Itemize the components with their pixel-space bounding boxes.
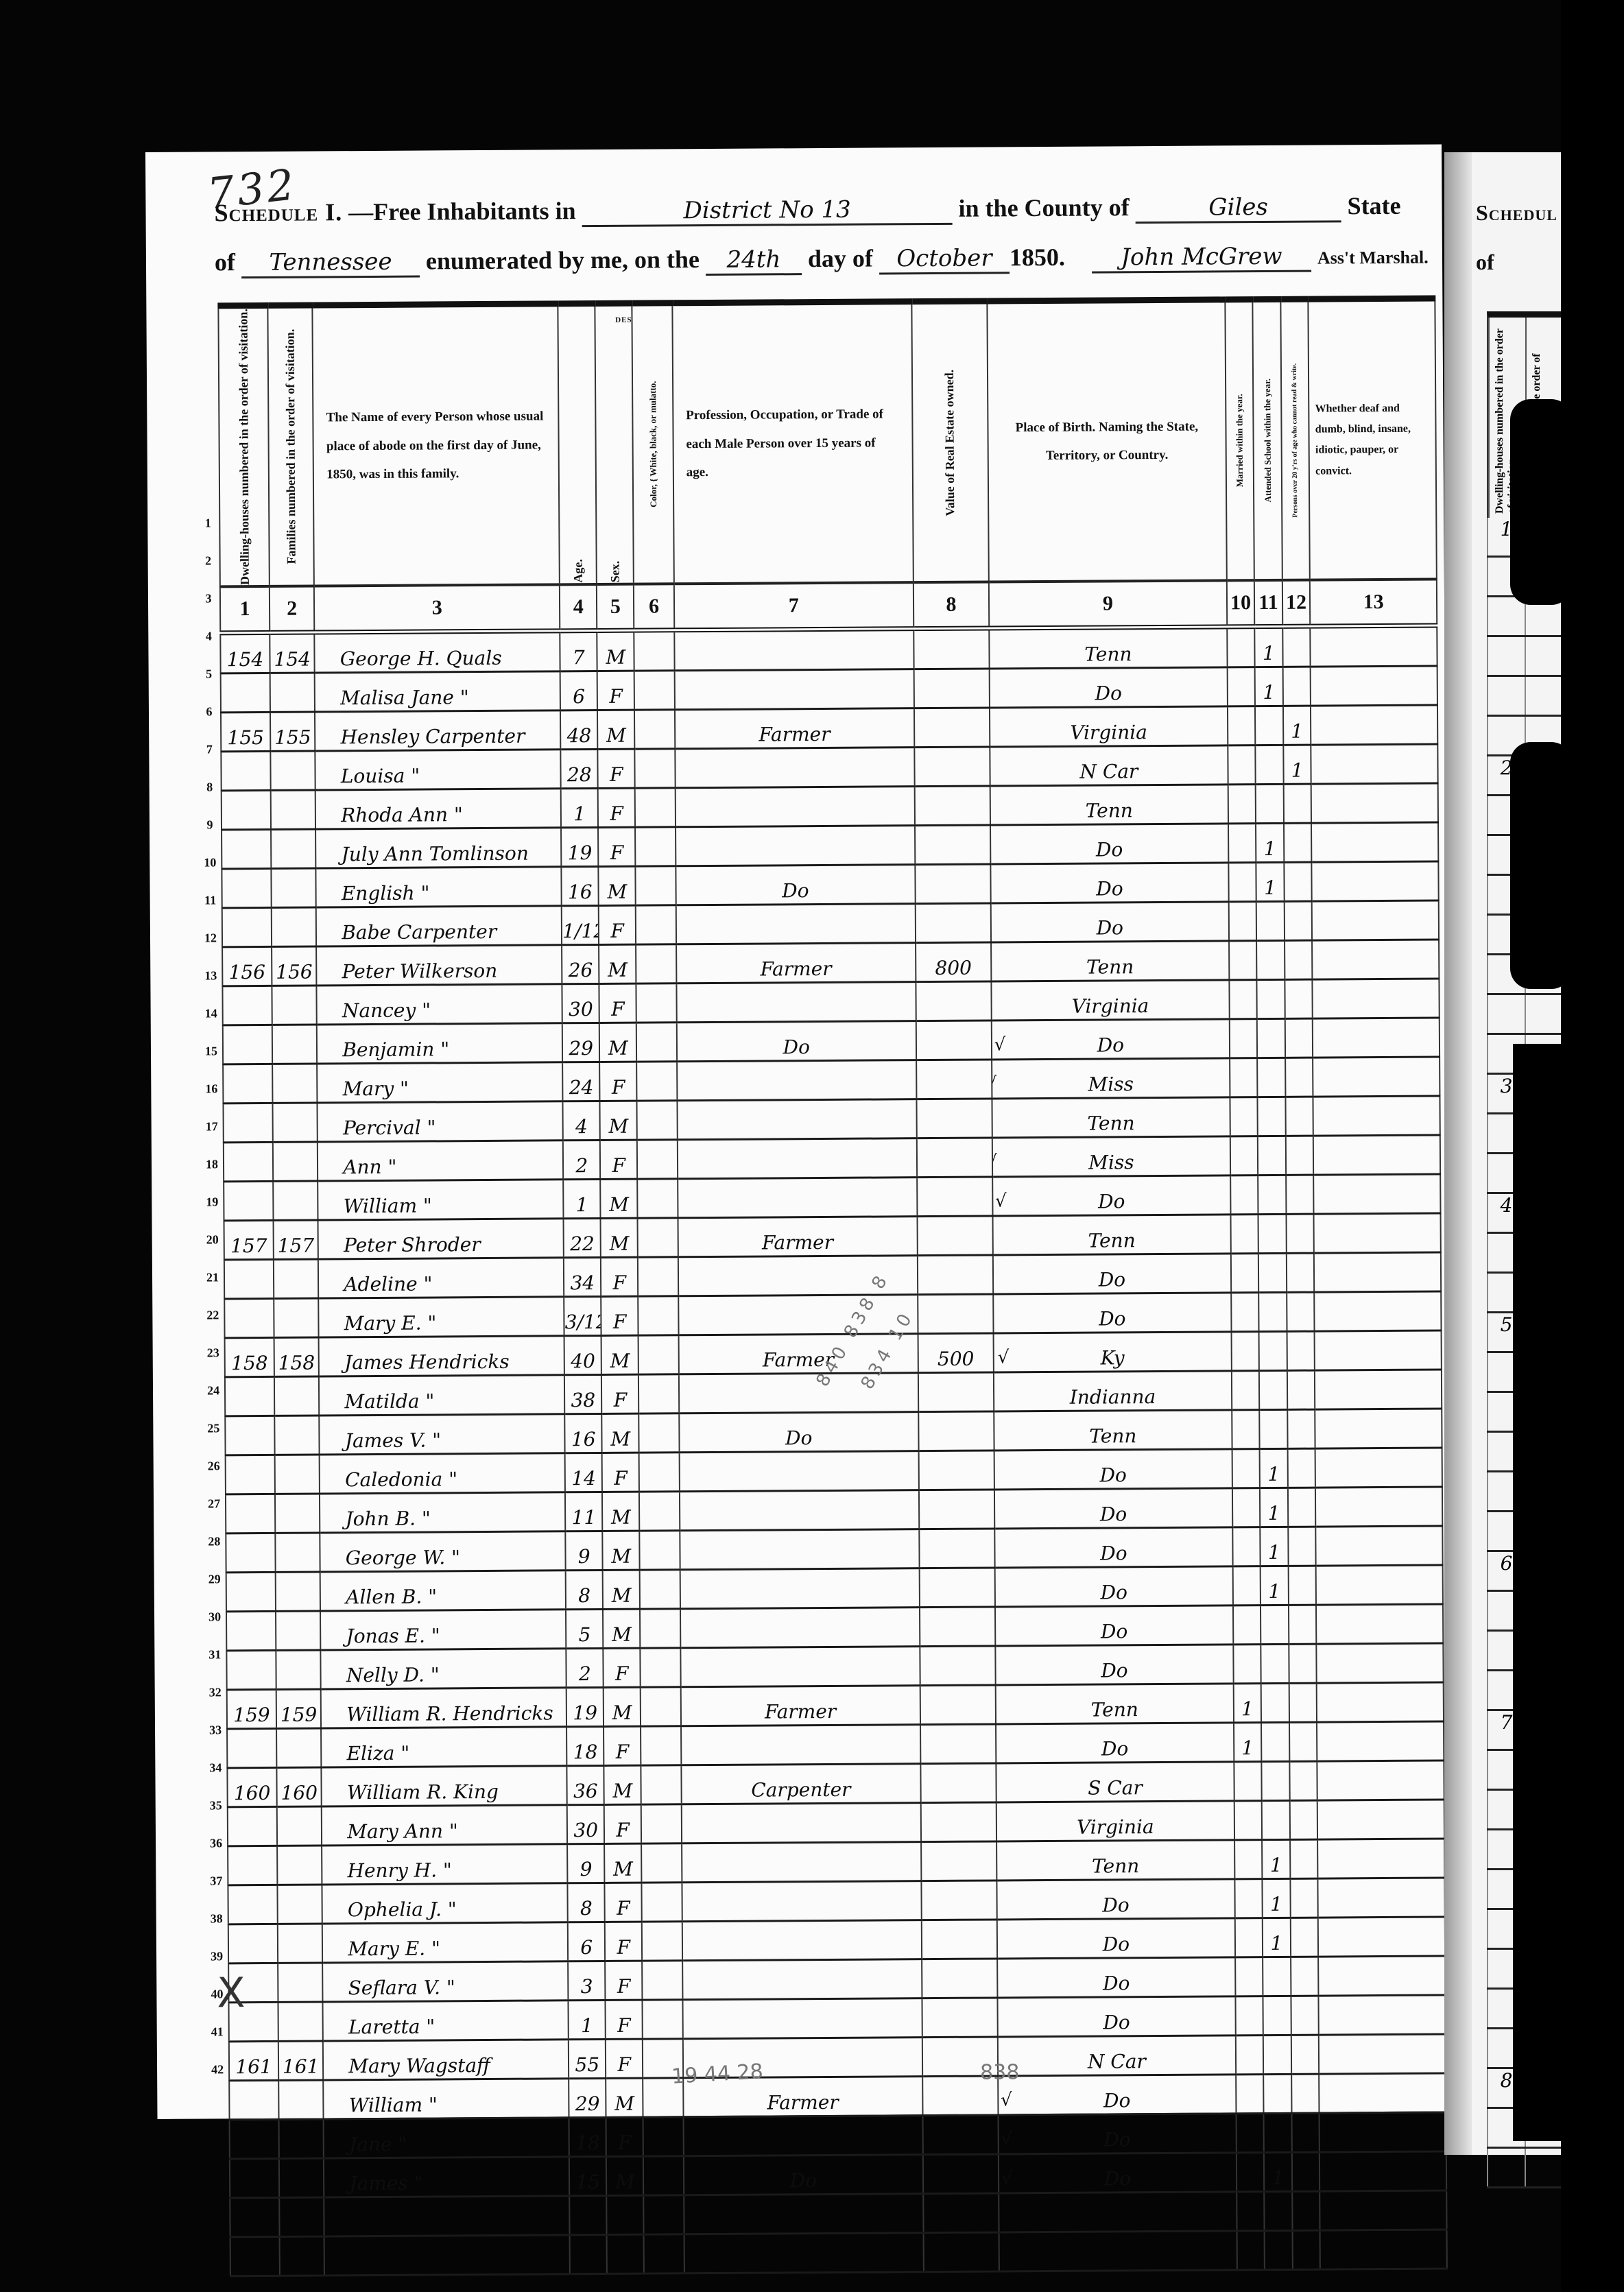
school-mark — [1261, 1644, 1289, 1683]
person-name: Malisa Jane " — [315, 671, 560, 712]
illiterate-mark — [1289, 1683, 1317, 1722]
birthplace: √S Car — [996, 1762, 1234, 1802]
condition — [1315, 1409, 1442, 1448]
color — [642, 1883, 682, 1922]
illiterate-mark — [1287, 1370, 1315, 1409]
married-mark: 1 — [1234, 1722, 1262, 1761]
illiterate-mark — [1292, 2191, 1320, 2230]
condition — [1316, 1526, 1443, 1566]
col-header-real-estate: Value of Real Estate owned. — [911, 301, 989, 582]
adjacent-page-fragment: Schedul of Dwelling-houses numbered in t… — [1444, 152, 1561, 2155]
occupation — [682, 1920, 922, 1960]
check-mark-icon: √ — [1001, 2090, 1012, 2110]
description-group-label: DESCRIPTION. — [596, 315, 634, 324]
person-name: George W. " — [320, 1531, 566, 1572]
illiterate-mark — [1290, 1878, 1318, 1918]
condition — [1318, 1878, 1445, 1918]
person-name: Mary E. " — [322, 1922, 568, 1963]
school-mark — [1259, 1370, 1287, 1409]
person-name: Mary Ann " — [322, 1805, 567, 1846]
dwelling-number — [227, 1728, 276, 1767]
dwelling-number — [226, 1572, 276, 1611]
col-num: 3 — [314, 584, 560, 632]
person-name: William R. King — [322, 1766, 567, 1806]
illiterate-mark — [1290, 1839, 1318, 1878]
occupation — [684, 2193, 923, 2234]
school-mark — [1256, 901, 1285, 940]
birthplace: √Virginia — [991, 980, 1229, 1020]
age: 3 — [568, 1961, 605, 2000]
dwelling-number — [223, 1103, 272, 1142]
birthplace — [999, 2231, 1237, 2271]
col-header-illiterate: Persons over 20 y'rs of age who cannot r… — [1280, 299, 1310, 580]
condition — [1311, 822, 1438, 862]
col-header-family: Families numbered in the order of visita… — [267, 305, 314, 586]
family-number — [279, 2197, 324, 2236]
person-name: Henry H. " — [322, 1844, 567, 1885]
sex: M — [604, 1843, 641, 1883]
sex: M — [606, 2078, 643, 2117]
birthplace: √Ky — [994, 1332, 1232, 1372]
age — [570, 2234, 607, 2273]
condition — [1317, 1682, 1444, 1722]
condition — [1314, 1213, 1441, 1253]
line-number: 23 — [206, 1334, 220, 1372]
adjacent-family-number — [1525, 2149, 1562, 2186]
birthplace: Tenn — [992, 1097, 1230, 1138]
real-estate-value — [919, 1490, 995, 1529]
person-name: Caledonia " — [320, 1453, 565, 1494]
birthplace: √N Car — [998, 2036, 1236, 2076]
school-mark — [1264, 2191, 1292, 2230]
age: 18 — [569, 2117, 606, 2156]
real-estate-value — [920, 1685, 996, 1725]
line-number: 5 — [202, 655, 215, 693]
occupation — [680, 1490, 919, 1531]
real-estate-value — [914, 786, 990, 826]
school-mark: 1 — [1256, 862, 1285, 901]
birthplace: √Miss — [992, 1058, 1230, 1099]
age: 2 — [563, 1140, 600, 1179]
color — [636, 1062, 677, 1101]
sex: M — [597, 710, 634, 749]
age: 8 — [568, 1883, 605, 1922]
dwelling-number — [228, 1806, 277, 1846]
family-number — [278, 1963, 323, 2002]
line-number: 41 — [211, 2013, 224, 2051]
school-mark: 1 — [1262, 1839, 1290, 1878]
married-mark — [1234, 1761, 1262, 1800]
dwelling-number — [230, 2197, 279, 2236]
person-name: James " — [324, 2157, 569, 2197]
dwelling-number: 160 — [227, 1767, 276, 1806]
age: 3/12 — [564, 1296, 601, 1335]
birthplace: √Do — [999, 2153, 1237, 2193]
sex — [606, 2195, 643, 2234]
birthplace: Do — [993, 1254, 1231, 1294]
schedule-title-line: Schedule I. —Free Inhabitants in Distric… — [214, 191, 1400, 230]
person-name: Peter Shroder — [318, 1219, 564, 1259]
column-number-row: 1 2 3 4 5 6 7 8 9 10 11 12 13 — [220, 579, 1437, 632]
school-mark: 1 — [1256, 823, 1284, 862]
married-mark — [1228, 823, 1256, 862]
illiterate-mark — [1285, 979, 1313, 1018]
occupation — [675, 748, 914, 788]
sex: F — [605, 1922, 642, 1961]
occupation — [684, 2232, 923, 2273]
married-mark — [1229, 979, 1257, 1018]
age: 29 — [569, 2078, 606, 2117]
married-mark — [1232, 1488, 1261, 1527]
person-name: Babe Carpenter — [316, 906, 562, 946]
person-name: William " — [318, 1180, 563, 1220]
sex: F — [599, 905, 636, 944]
occupation — [682, 1802, 921, 1843]
occupation — [680, 1608, 920, 1648]
color — [641, 1804, 682, 1843]
occupation — [676, 904, 916, 944]
line-number: 3 — [202, 580, 215, 617]
sex: M — [601, 1218, 638, 1257]
married-mark — [1236, 2035, 1264, 2074]
school-mark — [1259, 1409, 1287, 1448]
birthplace: √Virginia — [996, 1801, 1234, 1841]
sex: F — [601, 1296, 638, 1335]
illiterate-mark — [1291, 2074, 1319, 2113]
birthplace: Do — [996, 1723, 1234, 1763]
condition — [1312, 861, 1439, 901]
illiterate-mark — [1283, 784, 1311, 823]
sex: M — [599, 1023, 636, 1062]
line-number: 13 — [204, 957, 217, 994]
sex: M — [599, 866, 636, 905]
occupation — [680, 1529, 919, 1570]
day-of-label: day of — [808, 245, 873, 273]
sex: M — [604, 1687, 641, 1726]
person-name: Allen B. " — [320, 1571, 566, 1611]
occupation: Do — [679, 1412, 918, 1453]
sex: M — [604, 1765, 641, 1804]
person-name: Jonas E. " — [320, 1610, 566, 1650]
occupation: Do — [684, 2154, 923, 2195]
color — [641, 1726, 681, 1765]
occupation: Farmer — [675, 708, 914, 749]
occupation — [682, 1959, 922, 1999]
occupation — [674, 669, 914, 710]
family-number: 154 — [270, 632, 315, 673]
family-number: 161 — [278, 2041, 324, 2080]
person-name: John B. " — [320, 1492, 565, 1533]
line-number: 28 — [207, 1523, 221, 1560]
dwelling-number: 157 — [224, 1220, 274, 1259]
real-estate-value — [919, 1529, 995, 1568]
sex: M — [603, 1570, 640, 1609]
real-estate-value — [922, 1998, 998, 2038]
married-mark — [1232, 1566, 1261, 1605]
col-num: 9 — [989, 580, 1227, 628]
age: 55 — [569, 2039, 606, 2078]
occupation — [676, 982, 916, 1023]
occupation — [682, 1998, 922, 2038]
birthplace: √Do — [998, 2075, 1236, 2115]
illiterate-mark — [1286, 1136, 1314, 1175]
family-number — [272, 1025, 318, 1064]
occupation — [683, 2115, 922, 2156]
sex: F — [601, 1374, 638, 1413]
line-number: 30 — [208, 1598, 222, 1636]
occupation: Do — [676, 865, 915, 905]
married-mark — [1232, 1409, 1260, 1448]
illiterate-mark — [1287, 1448, 1315, 1488]
dwelling-number: 158 — [225, 1337, 274, 1376]
line-number: 8 — [202, 768, 216, 806]
age: 16 — [564, 1413, 601, 1453]
col-num: 2 — [270, 586, 315, 632]
married-mark — [1235, 1996, 1263, 2035]
family-number — [276, 1650, 321, 1689]
line-number: 9 — [203, 806, 217, 844]
family-number: 158 — [274, 1337, 320, 1376]
col-header-occupation: Profession, Occupation, or Trade of each… — [672, 302, 913, 584]
condition — [1318, 1917, 1445, 1957]
month-field: October — [879, 244, 1010, 274]
dwelling-number: 161 — [229, 2041, 278, 2080]
col-num: 12 — [1282, 580, 1311, 626]
real-estate-value — [915, 864, 991, 904]
adjacent-schedule-title: Schedul — [1476, 200, 1557, 226]
illiterate-mark: 1 — [1283, 706, 1311, 745]
married-mark — [1231, 1292, 1259, 1331]
condition — [1317, 1839, 1444, 1878]
occupation: Carpenter — [681, 1763, 920, 1804]
condition — [1311, 705, 1437, 745]
birthplace: √Do — [992, 1019, 1230, 1060]
age: 22 — [564, 1218, 601, 1257]
family-number — [277, 1846, 322, 1885]
family-number — [279, 2119, 324, 2158]
birthplace: Tenn — [991, 941, 1229, 981]
dwelling-number — [223, 1064, 272, 1103]
age: 36 — [567, 1765, 604, 1804]
occupation — [682, 1841, 921, 1882]
occupation — [680, 1647, 920, 1687]
line-number: 4 — [202, 617, 215, 655]
family-number — [275, 1533, 320, 1572]
condition — [1313, 1018, 1440, 1058]
school-mark — [1257, 1018, 1285, 1058]
col-header-name: The Name of every Person whose usual pla… — [313, 304, 560, 586]
real-estate-value — [917, 1138, 993, 1178]
real-estate-value — [918, 1294, 994, 1334]
col-num: 4 — [560, 584, 597, 631]
school-mark: 1 — [1261, 1527, 1289, 1566]
occupation: Farmer — [678, 1217, 917, 1257]
line-number: 31 — [208, 1636, 222, 1673]
real-estate-value — [920, 1724, 996, 1764]
illiterate-mark — [1291, 1957, 1319, 1996]
col-num: 11 — [1254, 580, 1282, 627]
married-mark — [1231, 1253, 1259, 1292]
real-estate-value — [916, 1060, 992, 1099]
birthplace: Tenn — [993, 1215, 1231, 1255]
col-header-sex: DESCRIPTION. Sex. — [595, 303, 634, 584]
condition — [1311, 783, 1438, 823]
age: 6 — [568, 1922, 605, 1961]
color — [638, 1335, 679, 1374]
person-name: Seflara V. " — [322, 1961, 568, 2002]
family-number — [276, 1572, 321, 1611]
person-name: Adeline " — [318, 1258, 564, 1298]
real-estate-value — [915, 903, 991, 943]
school-mark — [1263, 1996, 1291, 2035]
state-field: Tennessee — [241, 248, 420, 279]
family-number — [279, 2158, 324, 2197]
real-estate-value — [918, 1372, 994, 1412]
sex: F — [597, 671, 634, 710]
birthplace: Do — [997, 1918, 1235, 1959]
married-mark — [1237, 2230, 1265, 2269]
family-number — [275, 1455, 320, 1494]
married-mark — [1228, 706, 1256, 745]
family-number — [270, 751, 315, 790]
person-name: James Hendricks — [319, 1336, 564, 1376]
age: 30 — [567, 1804, 604, 1843]
age: 6 — [560, 671, 597, 710]
condition — [1312, 900, 1439, 940]
illiterate-mark — [1289, 1605, 1317, 1644]
birthplace: Do — [990, 667, 1228, 708]
color — [637, 1140, 678, 1179]
school-mark — [1258, 1097, 1286, 1136]
sex: M — [606, 2156, 643, 2195]
birthplace: Tenn — [990, 785, 1228, 825]
birthplace: √Virginia — [990, 706, 1228, 747]
line-number: 42 — [211, 2051, 224, 2088]
real-estate-value: 800 — [916, 942, 992, 982]
condition — [1312, 940, 1439, 979]
birthplace: √N Car — [990, 745, 1228, 786]
sex: M — [603, 1531, 640, 1570]
condition — [1317, 1721, 1444, 1761]
school-mark: 1 — [1263, 1878, 1291, 1918]
married-mark — [1234, 1800, 1262, 1839]
person-name: William " — [323, 2079, 569, 2119]
census-table: Dwelling-houses numbered in the order of… — [217, 296, 1448, 2278]
illiterate-mark — [1282, 667, 1311, 706]
illiterate-mark — [1287, 1253, 1315, 1292]
real-estate-value — [920, 1607, 996, 1647]
sex: F — [598, 749, 635, 788]
adjacent-row — [1487, 2149, 1562, 2188]
real-estate-value — [920, 1802, 996, 1842]
color — [639, 1492, 680, 1531]
illiterate-mark — [1286, 1175, 1314, 1214]
dwelling-number — [226, 1494, 275, 1533]
condition — [1319, 2073, 1446, 2113]
col-num: 5 — [597, 584, 634, 631]
real-estate-value — [915, 825, 991, 865]
check-mark-icon: √ — [1001, 2168, 1013, 2188]
birthplace: √Do — [992, 1175, 1230, 1216]
family-number — [272, 986, 317, 1025]
sex: M — [600, 1179, 637, 1218]
dwelling-number — [225, 1416, 274, 1455]
married-mark — [1229, 1018, 1257, 1058]
married-mark — [1230, 1058, 1258, 1097]
married-mark — [1231, 1331, 1259, 1370]
family-number — [274, 1376, 320, 1416]
line-number: 34 — [208, 1749, 222, 1787]
school-mark: 1 — [1261, 1566, 1289, 1605]
illiterate-mark — [1287, 1292, 1315, 1331]
sex — [607, 2234, 644, 2273]
occupation — [676, 826, 915, 866]
condition — [1319, 2190, 1446, 2230]
condition — [1317, 1643, 1444, 1683]
dwelling-number: 156 — [222, 946, 272, 986]
col-num: 1 — [220, 586, 270, 633]
school-mark — [1262, 1761, 1290, 1800]
married-mark — [1230, 1097, 1258, 1136]
age: 18 — [566, 1726, 604, 1765]
condition — [1317, 1760, 1444, 1800]
married-mark — [1228, 862, 1256, 901]
condition — [1315, 1448, 1442, 1488]
occupation — [679, 1451, 918, 1492]
real-estate-value — [916, 981, 992, 1021]
color — [639, 1413, 680, 1453]
day-field: 24th — [706, 246, 802, 276]
family-number — [273, 1181, 318, 1220]
birthplace: Do — [994, 1527, 1232, 1568]
color — [641, 1765, 682, 1804]
dwelling-number — [225, 1376, 274, 1416]
family-number — [273, 1142, 318, 1181]
illiterate-mark — [1289, 1722, 1317, 1761]
person-name: Jane " — [324, 2118, 569, 2158]
check-mark-icon: √ — [994, 1034, 1006, 1055]
age: 38 — [564, 1374, 601, 1413]
color — [643, 2117, 684, 2156]
school-mark: 1 — [1255, 626, 1283, 667]
school-mark: 1 — [1264, 2152, 1292, 2191]
color — [636, 866, 676, 905]
married-mark — [1228, 784, 1256, 823]
adjacent-dwelling-number — [1487, 597, 1525, 635]
line-number: 12 — [204, 919, 217, 957]
illiterate-mark — [1288, 1527, 1316, 1566]
real-estate-value — [918, 1255, 994, 1295]
person-name: Rhoda Ann " — [315, 789, 561, 829]
married-mark — [1237, 2191, 1265, 2230]
dwelling-number — [221, 751, 270, 790]
family-number — [272, 907, 317, 946]
occupation — [678, 1178, 917, 1218]
person-name: Matilda " — [319, 1375, 564, 1416]
birthplace: Do — [990, 824, 1228, 864]
check-mark-icon: √ — [1001, 2129, 1012, 2149]
person-name: Percival " — [318, 1101, 563, 1142]
real-estate-value — [923, 2193, 999, 2233]
illiterate-mark — [1287, 1331, 1315, 1370]
real-estate-value — [914, 747, 990, 787]
family-number — [277, 1806, 322, 1846]
birthplace: Do — [998, 1996, 1236, 2037]
family-number — [278, 2080, 324, 2119]
dwelling-number — [224, 1181, 273, 1220]
married-mark — [1230, 1214, 1258, 1253]
family-number — [271, 829, 316, 868]
